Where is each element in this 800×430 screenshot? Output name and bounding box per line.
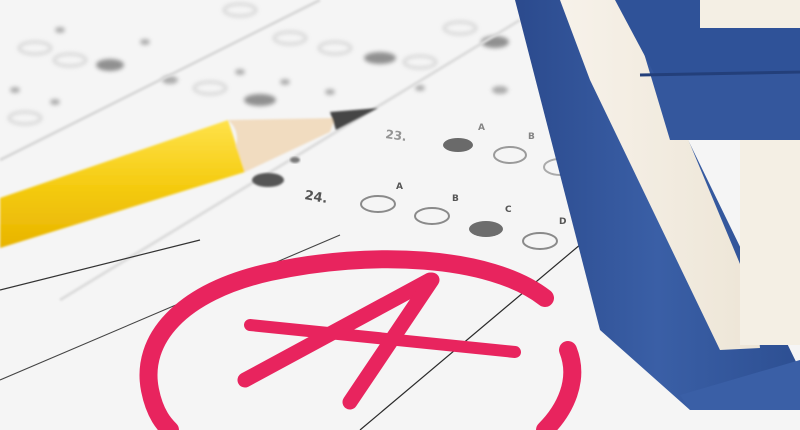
book-top-pages xyxy=(740,130,800,345)
bubble-23-a-filled[interactable] xyxy=(443,138,473,152)
svg-text:A: A xyxy=(396,182,403,192)
scene-drawing: 23. A B 24. A B C D A xyxy=(0,0,800,430)
svg-text:B: B xyxy=(452,194,459,204)
svg-text:B: B xyxy=(528,132,535,142)
bubble-24-c-filled[interactable] xyxy=(469,221,503,237)
svg-text:23.: 23. xyxy=(385,127,408,144)
svg-text:D: D xyxy=(559,217,566,227)
photo-scene: 23. A B 24. A B C D A xyxy=(0,0,800,430)
svg-text:C: C xyxy=(505,205,512,215)
bubble-filled-blurred xyxy=(252,173,284,187)
svg-text:A: A xyxy=(478,123,485,133)
book-upper-pages xyxy=(700,0,800,28)
